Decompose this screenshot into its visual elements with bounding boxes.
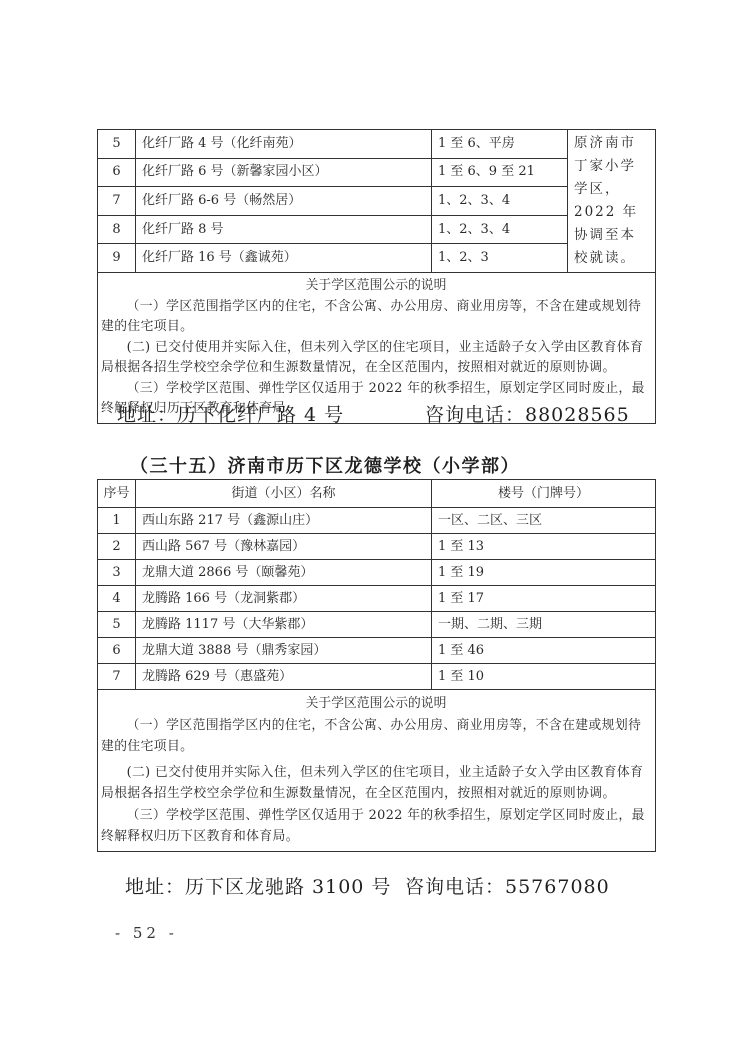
header-no: 序号 bbox=[98, 480, 136, 508]
street-name: 化纤厂路 6-6 号（畅然居） bbox=[136, 187, 432, 216]
building-numbers: 1、2、3、4 bbox=[432, 187, 568, 216]
header-street: 街道（小区）名称 bbox=[136, 480, 432, 508]
building-numbers: 一期、二期、三期 bbox=[432, 612, 656, 638]
building-numbers: 一区、二区、三区 bbox=[432, 508, 656, 534]
section-title: （三十五）济南市历下区龙德学校（小学部） bbox=[130, 452, 520, 478]
street-name: 化纤厂路 4 号（化纤南苑） bbox=[136, 130, 432, 159]
street-name: 龙鼎大道 3888 号（鼎秀家园） bbox=[136, 638, 432, 664]
note-paragraph-2: (二) 已交付使用并实际入住，但未列入学区的住宅项目，业主适龄子女入学由区教育体… bbox=[101, 762, 651, 805]
building-numbers: 1、2、3 bbox=[432, 244, 568, 273]
note-paragraph-3: （三）学校学区范围、弹性学区仅适用于 2022 年的秋季招生，原划定学区同时废止… bbox=[101, 805, 651, 848]
building-numbers: 1 至 6、9 至 21 bbox=[432, 158, 568, 187]
street-name: 龙腾路 629 号（惠盛苑） bbox=[136, 664, 432, 690]
note-title: 关于学区范围公示的说明 bbox=[101, 693, 651, 715]
table-row: 5 化纤厂路 4 号（化纤南苑） 1 至 6、平房 原济南市丁家小学学区，202… bbox=[98, 130, 656, 159]
row-number: 4 bbox=[98, 586, 136, 612]
school-district-table-2: 序号 街道（小区）名称 楼号（门牌号） 1 西山东路 217 号（鑫源山庄） 一… bbox=[97, 479, 656, 852]
school-district-table-1: 5 化纤厂路 4 号（化纤南苑） 1 至 6、平房 原济南市丁家小学学区，202… bbox=[97, 129, 656, 424]
row-number: 6 bbox=[98, 158, 136, 187]
street-name: 龙腾路 1117 号（大华紫郡） bbox=[136, 612, 432, 638]
row-number: 7 bbox=[98, 664, 136, 690]
row-number: 1 bbox=[98, 508, 136, 534]
building-numbers: 1 至 6、平房 bbox=[432, 130, 568, 159]
building-numbers: 1 至 17 bbox=[432, 586, 656, 612]
street-name: 西山东路 217 号（鑫源山庄） bbox=[136, 508, 432, 534]
street-name: 化纤厂路 6 号（新馨家园小区） bbox=[136, 158, 432, 187]
row-number: 9 bbox=[98, 244, 136, 273]
table-row: 1 西山东路 217 号（鑫源山庄） 一区、二区、三区 bbox=[98, 508, 656, 534]
street-name: 龙腾路 166 号（龙洞紫郡） bbox=[136, 586, 432, 612]
header-building: 楼号（门牌号） bbox=[432, 480, 656, 508]
note-paragraph-1: （一）学区范围指学区内的住宅，不含公寓、办公用房、商业用房等，不含在建或规划待建… bbox=[101, 715, 651, 758]
phone-2: 咨询电话：55767080 bbox=[405, 872, 610, 899]
address-2: 地址：历下区龙驰路 3100 号 bbox=[125, 872, 391, 899]
street-name: 化纤厂路 16 号（鑫诚苑） bbox=[136, 244, 432, 273]
table-row: 7 龙腾路 629 号（惠盛苑） 1 至 10 bbox=[98, 664, 656, 690]
row-number: 5 bbox=[98, 130, 136, 159]
row-number: 5 bbox=[98, 612, 136, 638]
table-row: 2 西山路 567 号（豫林嘉园） 1 至 13 bbox=[98, 534, 656, 560]
table-row: 5 龙腾路 1117 号（大华紫郡） 一期、二期、三期 bbox=[98, 612, 656, 638]
building-numbers: 1 至 13 bbox=[432, 534, 656, 560]
table-row: 3 龙鼎大道 2866 号（颐馨苑） 1 至 19 bbox=[98, 560, 656, 586]
row-number: 2 bbox=[98, 534, 136, 560]
side-note: 原济南市丁家小学学区，2022 年协调至本校就读。 bbox=[568, 130, 656, 273]
note-paragraph-1: （一）学区范围指学区内的住宅，不含公寓、办公用房、商业用房等，不含在建或规划待建… bbox=[101, 297, 651, 338]
building-numbers: 1、2、3、4 bbox=[432, 215, 568, 244]
table-row: 6 龙鼎大道 3888 号（鼎秀家园） 1 至 46 bbox=[98, 638, 656, 664]
row-number: 7 bbox=[98, 187, 136, 216]
row-number: 6 bbox=[98, 638, 136, 664]
building-numbers: 1 至 19 bbox=[432, 560, 656, 586]
street-name: 龙鼎大道 2866 号（颐馨苑） bbox=[136, 560, 432, 586]
building-numbers: 1 至 10 bbox=[432, 664, 656, 690]
table-header-row: 序号 街道（小区）名称 楼号（门牌号） bbox=[98, 480, 656, 508]
street-name: 化纤厂路 8 号 bbox=[136, 215, 432, 244]
district-note: 关于学区范围公示的说明 （一）学区范围指学区内的住宅，不含公寓、办公用房、商业用… bbox=[98, 690, 656, 852]
phone-1: 咨询电话：88028565 bbox=[425, 400, 630, 427]
note-title: 关于学区范围公示的说明 bbox=[101, 276, 651, 297]
street-name: 西山路 567 号（豫林嘉园） bbox=[136, 534, 432, 560]
note-paragraph-2: (二) 已交付使用并实际入住，但未列入学区的住宅项目，业主适龄子女入学由区教育体… bbox=[101, 338, 651, 379]
building-numbers: 1 至 46 bbox=[432, 638, 656, 664]
row-number: 3 bbox=[98, 560, 136, 586]
row-number: 8 bbox=[98, 215, 136, 244]
table-row: 4 龙腾路 166 号（龙洞紫郡） 1 至 17 bbox=[98, 586, 656, 612]
note-row: 关于学区范围公示的说明 （一）学区范围指学区内的住宅，不含公寓、办公用房、商业用… bbox=[98, 690, 656, 852]
address-1: 地址：历下化纤厂路 4 号 bbox=[117, 400, 344, 427]
page-number: - 52 - bbox=[115, 924, 178, 942]
